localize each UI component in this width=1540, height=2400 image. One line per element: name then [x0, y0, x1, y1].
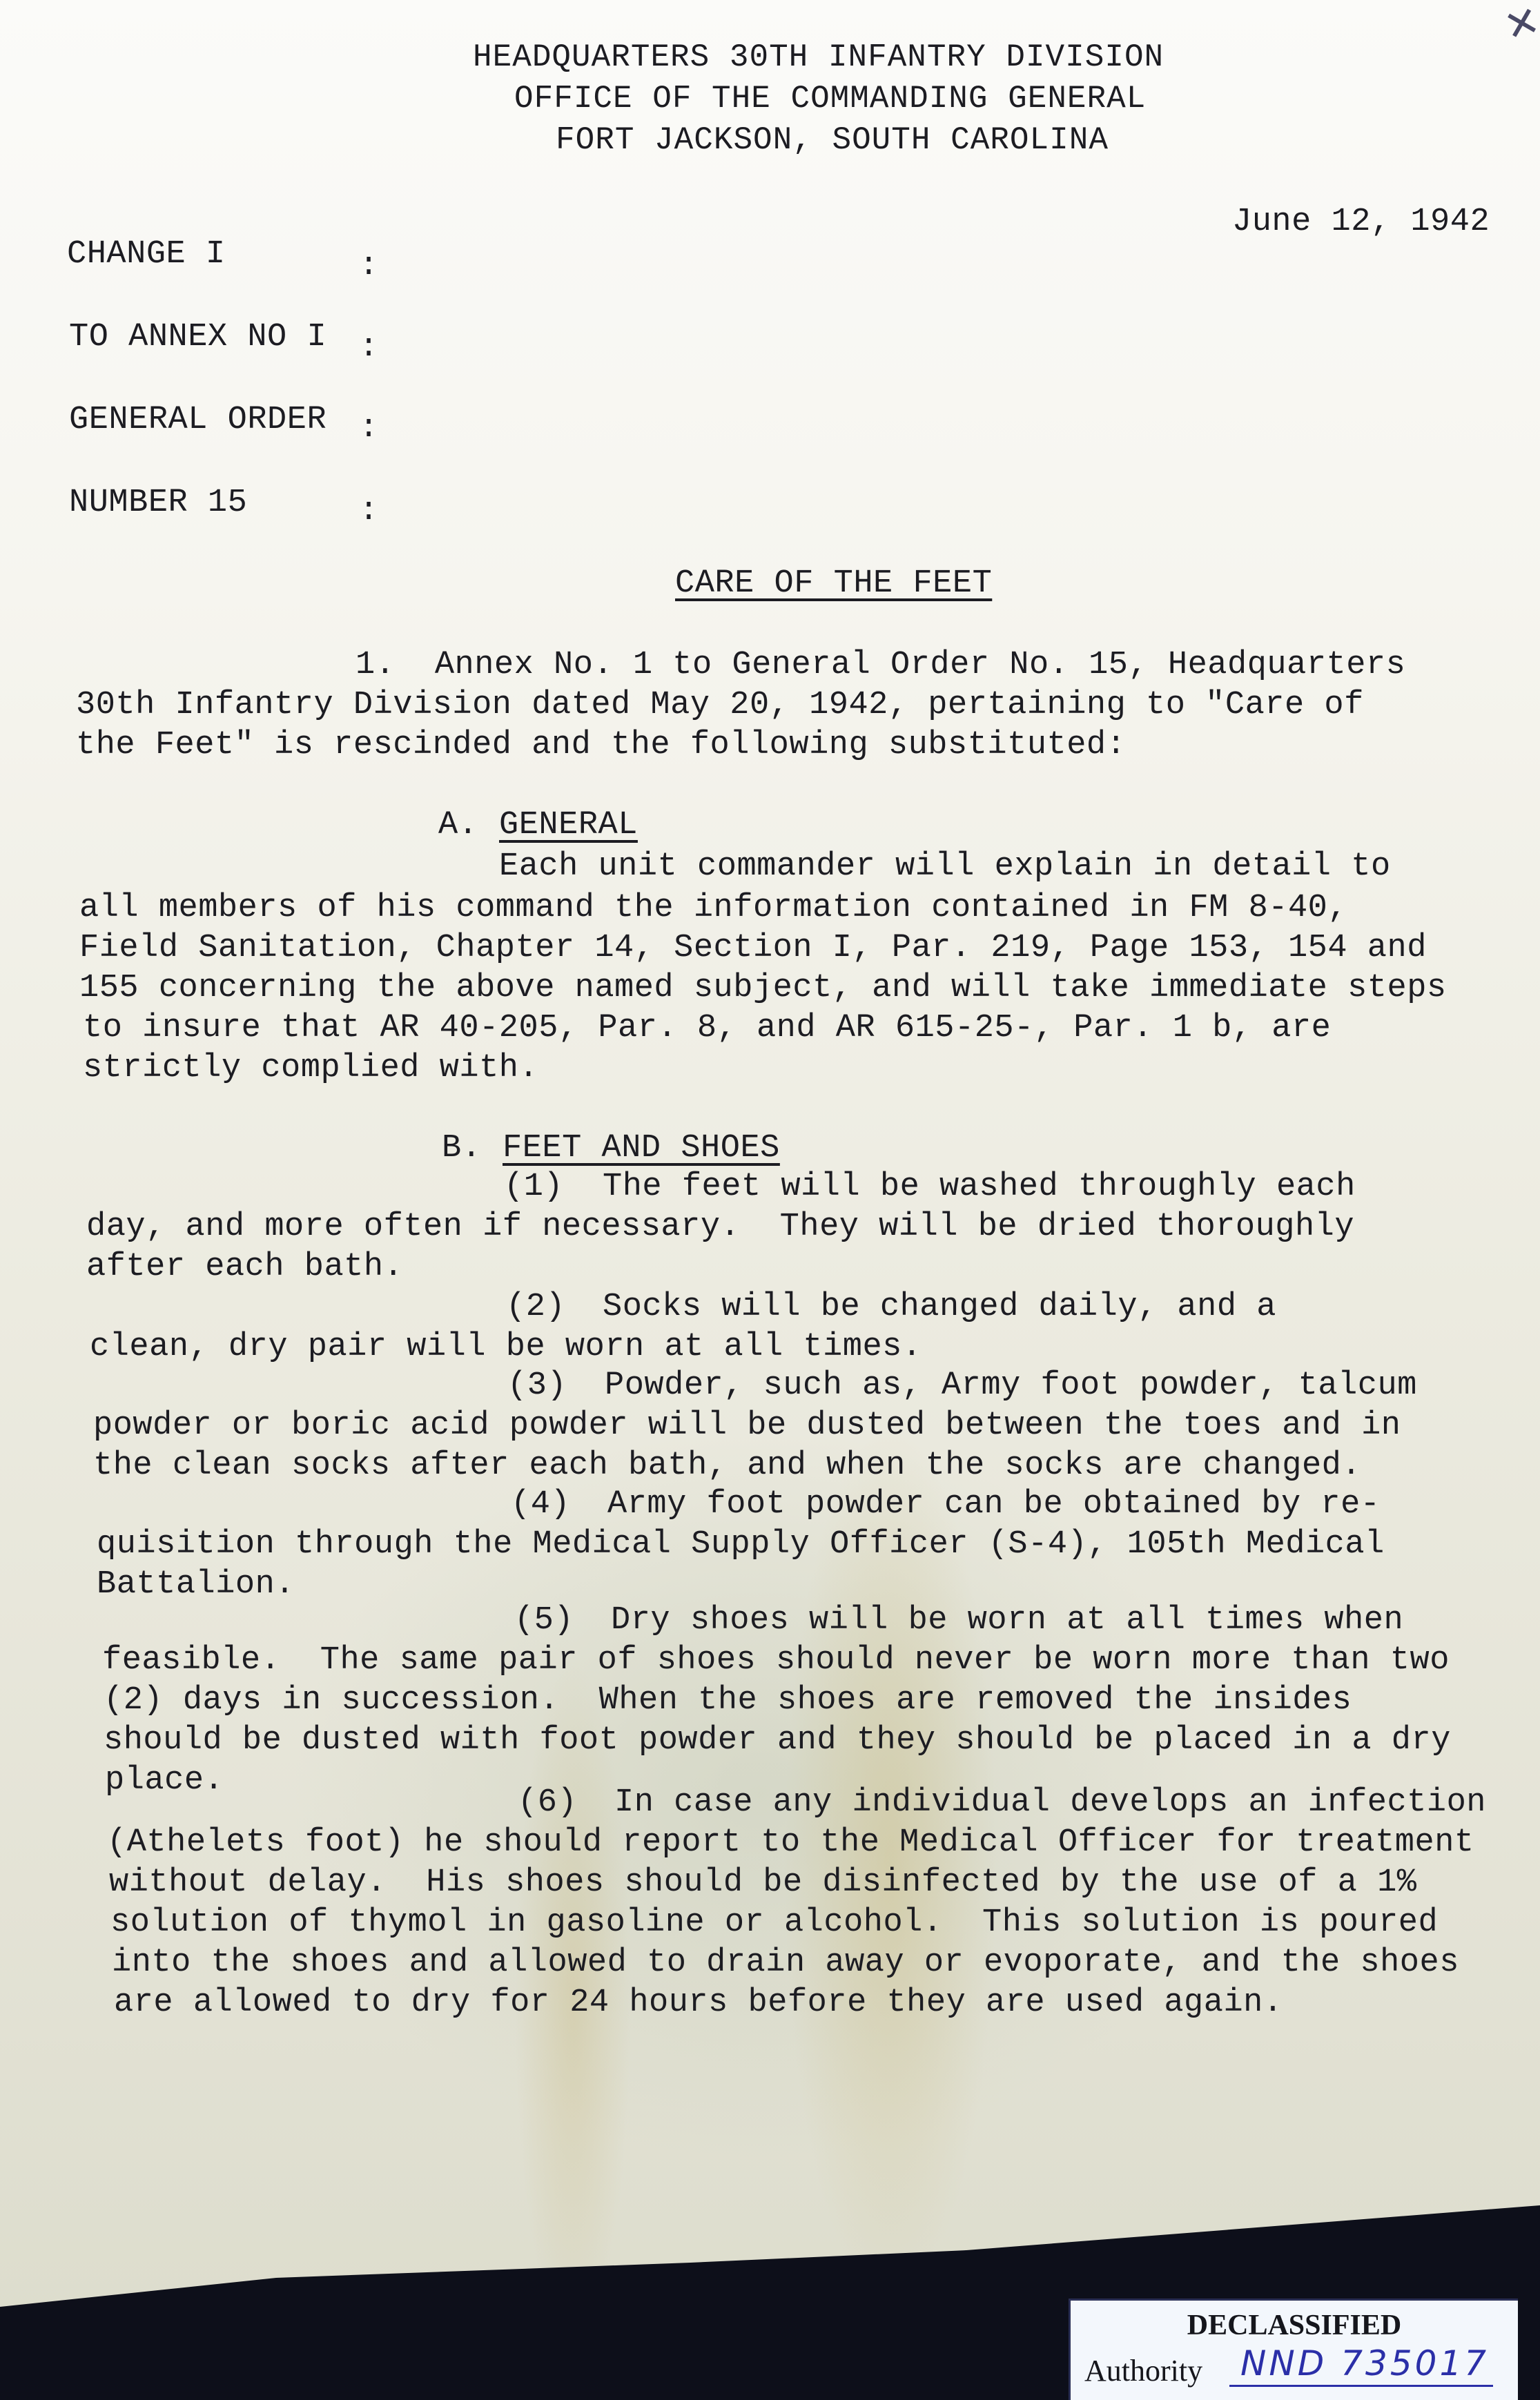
section-heading: GENERAL [499, 809, 638, 841]
reference-label: NUMBER 15 [69, 487, 247, 519]
item-line: (2) days in succession. When the shoes a… [104, 1684, 1352, 1717]
item-line: solution of thymol in gasoline or alcoho… [110, 1906, 1438, 1939]
letterhead-line-2: OFFICE OF THE COMMANDING GENERAL [514, 83, 1146, 115]
paragraph-line: Field Sanitation, Chapter 14, Section I,… [79, 932, 1427, 964]
reference-separator: : [359, 495, 379, 527]
stamp-authority-value: NND 735017 [1229, 2343, 1493, 2387]
item-line: without delay. His shoes should be disin… [109, 1866, 1417, 1899]
item-line: powder or boric acid powder will be dust… [93, 1409, 1401, 1442]
item-line: place. [105, 1764, 224, 1797]
item-number: (3) [507, 1369, 567, 1402]
item-line: Socks will be changed daily, and a [603, 1291, 1276, 1323]
item-line: quisition through the Medical Supply Off… [97, 1528, 1385, 1561]
item-line: feasible. The same pair of shoes should … [102, 1644, 1450, 1677]
item-number: (4) [511, 1488, 570, 1521]
section-heading: FEET AND SHOES [503, 1132, 780, 1164]
item-line: Powder, such as, Army foot powder, talcu… [605, 1369, 1417, 1402]
document-date: June 12, 1942 [1232, 206, 1490, 238]
item-line: day, and more often if necessary. They w… [86, 1211, 1354, 1243]
item-line: clean, dry pair will be worn at all time… [90, 1331, 922, 1363]
item-number: (5) [514, 1604, 574, 1637]
item-line: should be dusted with foot powder and th… [104, 1724, 1451, 1757]
item-line: Army foot powder can be obtained by re- [607, 1488, 1380, 1521]
letterhead-line-3: FORT JACKSON, SOUTH CAROLINA [556, 124, 1109, 156]
reference-label: CHANGE I [67, 238, 226, 271]
item-line: Dry shoes will be worn at all times when [611, 1604, 1403, 1637]
paragraph-line: 155 concerning the above named subject, … [79, 972, 1447, 1004]
reference-separator: : [359, 331, 379, 364]
stamp-title: DECLASSIFIED [1071, 2309, 1518, 2342]
paragraph-line: to insure that AR 40-205, Par. 8, and AR… [83, 1012, 1331, 1044]
item-line: after each bath. [86, 1251, 403, 1283]
document-title: CARE OF THE FEET [675, 567, 992, 600]
paragraph-line: strictly complied with. [83, 1052, 538, 1084]
item-line: In case any individual develops an infec… [614, 1786, 1486, 1819]
paragraph-line: the Feet" is rescinded and the following… [76, 729, 1126, 761]
item-line: (Athelets foot) he should report to the … [107, 1826, 1474, 1859]
item-number: (1) [504, 1171, 563, 1203]
section-letter: B. [442, 1132, 481, 1164]
item-number: (6) [518, 1786, 577, 1819]
reference-separator: : [359, 250, 379, 282]
handwritten-check-mark: ✕ [1499, 0, 1540, 52]
paragraph-line: 30th Infantry Division dated May 20, 194… [76, 689, 1364, 721]
item-number: (2) [506, 1291, 565, 1323]
stamp-authority-label: Authority [1084, 2353, 1202, 2388]
item-line: the clean socks after each bath, and whe… [93, 1450, 1361, 1482]
section-letter: A. [438, 809, 478, 841]
item-line: The feet will be washed throughly each [603, 1171, 1356, 1203]
paragraph-line: all members of his command the informati… [79, 892, 1347, 924]
paragraph-line: Each unit commander will explain in deta… [499, 850, 1391, 883]
item-line: are allowed to dry for 24 hours before t… [114, 1987, 1283, 2019]
reference-label: TO ANNEX NO I [69, 321, 326, 353]
paragraph-line: 1. Annex No. 1 to General Order No. 15, … [355, 649, 1405, 681]
letterhead-line-1: HEADQUARTERS 30TH INFANTRY DIVISION [473, 41, 1164, 73]
document-page: ✕ HEADQUARTERS 30TH INFANTRY DIVISION OF… [0, 0, 1540, 2361]
reference-separator: : [359, 412, 379, 445]
item-line: Battalion. [97, 1568, 295, 1601]
declassified-stamp: DECLASSIFIED Authority NND 735017 [1069, 2299, 1518, 2400]
item-line: into the shoes and allowed to drain away… [112, 1947, 1459, 1979]
reference-label: GENERAL ORDER [69, 404, 326, 436]
